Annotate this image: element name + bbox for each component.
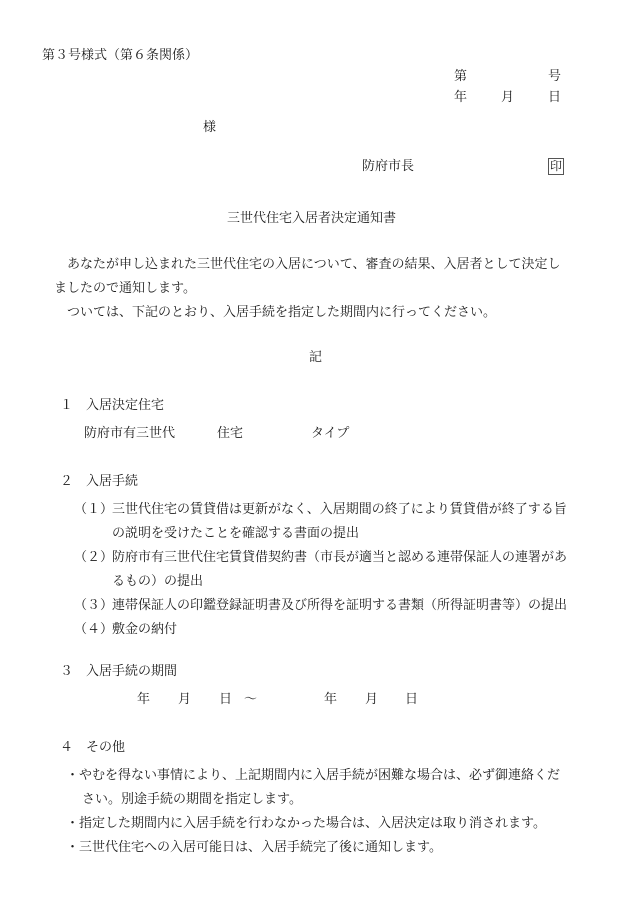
- form-number: 第３号様式（第６条関係）: [42, 46, 198, 66]
- section-3-heading: ３ 入居手続の期間: [60, 662, 177, 682]
- period-from-day: 日: [219, 690, 232, 710]
- document-title: 三世代住宅入居者決定通知書: [227, 209, 396, 229]
- housing-prefix: 防府市有三世代: [84, 424, 175, 444]
- period-to-day: 日: [405, 690, 418, 710]
- item-number: （２）: [74, 546, 112, 570]
- item-number: （１）: [74, 498, 112, 522]
- addressee-suffix: 様: [203, 118, 216, 138]
- item-number: （４）: [74, 618, 112, 642]
- period-to-year: 年: [324, 690, 337, 710]
- item-text: 連帯保証人の印鑑登録証明書及び所得を証明する書類（所得証明書等）の提出: [112, 598, 567, 613]
- section-4-heading: ４ その他: [60, 738, 125, 758]
- period-to-month: 月: [365, 690, 378, 710]
- period-from-year: 年: [137, 690, 150, 710]
- housing-type: タイプ: [311, 424, 349, 444]
- item-text-cont: るもの）の提出: [74, 570, 584, 594]
- note-text: ・やむを得ない事情により、上記期間内に入居手続が困難な場合は、必ず御連絡くだ: [66, 768, 560, 783]
- notice-line-2: ましたので通知します。: [54, 277, 584, 301]
- procedure-item-3: （３）連帯保証人の印鑑登録証明書及び所得を証明する書類（所得証明書等）の提出: [74, 594, 584, 618]
- note-item-2: ・指定した期間内に入居手続を行わなかった場合は、入居決定は取り消されます。: [66, 812, 586, 836]
- period-tilde: ～: [244, 690, 257, 710]
- note-item-1: ・やむを得ない事情により、上記期間内に入居手続が困難な場合は、必ず御連絡くだ さ…: [66, 764, 586, 812]
- note-text: ・指定した期間内に入居手続を行わなかった場合は、入居決定は取り消されます。: [66, 816, 546, 831]
- procedure-item-2: （２）防府市有三世代住宅賃貸借契約書（市長が適当と認める連帯保証人の連署があ る…: [74, 546, 584, 594]
- date-year: 年: [454, 88, 467, 108]
- section-1-heading: １ 入居決定住宅: [60, 396, 164, 416]
- date-month: 月: [501, 88, 514, 108]
- notice-line-1: あなたが申し込まれた三世代住宅の入居について、審査の結果、入居者として決定し: [54, 253, 584, 277]
- note-item-3: ・三世代住宅への入居可能日は、入居手続完了後に通知します。: [66, 836, 586, 860]
- seal-icon: 印: [548, 158, 564, 175]
- item-text-cont: の説明を受けたことを確認する書面の提出: [74, 522, 584, 546]
- item-text: 三世代住宅の賃貸借は更新がなく、入居期間の終了により賃貸借が終了する旨: [112, 502, 567, 517]
- procedure-item-4: （４）敷金の納付: [74, 618, 584, 642]
- note-text-cont: さい。別途手続の期間を指定します。: [66, 788, 586, 812]
- section-2-heading: ２ 入居手続: [60, 472, 138, 492]
- doc-number-prefix: 第: [454, 67, 467, 87]
- procedure-item-1: （１）三世代住宅の賃貸借は更新がなく、入居期間の終了により賃貸借が終了する旨 の…: [74, 498, 584, 546]
- note-text: ・三世代住宅への入居可能日は、入居手続完了後に通知します。: [66, 840, 442, 855]
- date-day: 日: [548, 88, 561, 108]
- issuer: 防府市長: [362, 157, 414, 177]
- item-number: （３）: [74, 594, 112, 618]
- seal-mark: 印: [548, 157, 564, 177]
- notice-paragraph-1: あなたが申し込まれた三世代住宅の入居について、審査の結果、入居者として決定し ま…: [54, 253, 584, 325]
- notice-paragraph-2: ついては、下記のとおり、入居手続を指定した期間内に行ってください。: [54, 301, 584, 325]
- ki-heading: 記: [309, 348, 322, 368]
- doc-number-suffix: 号: [548, 67, 561, 87]
- period-from-month: 月: [178, 690, 191, 710]
- item-text: 防府市有三世代住宅賃貸借契約書（市長が適当と認める連帯保証人の連署があ: [112, 550, 567, 565]
- housing-mid: 住宅: [217, 424, 243, 444]
- item-text: 敷金の納付: [112, 622, 177, 637]
